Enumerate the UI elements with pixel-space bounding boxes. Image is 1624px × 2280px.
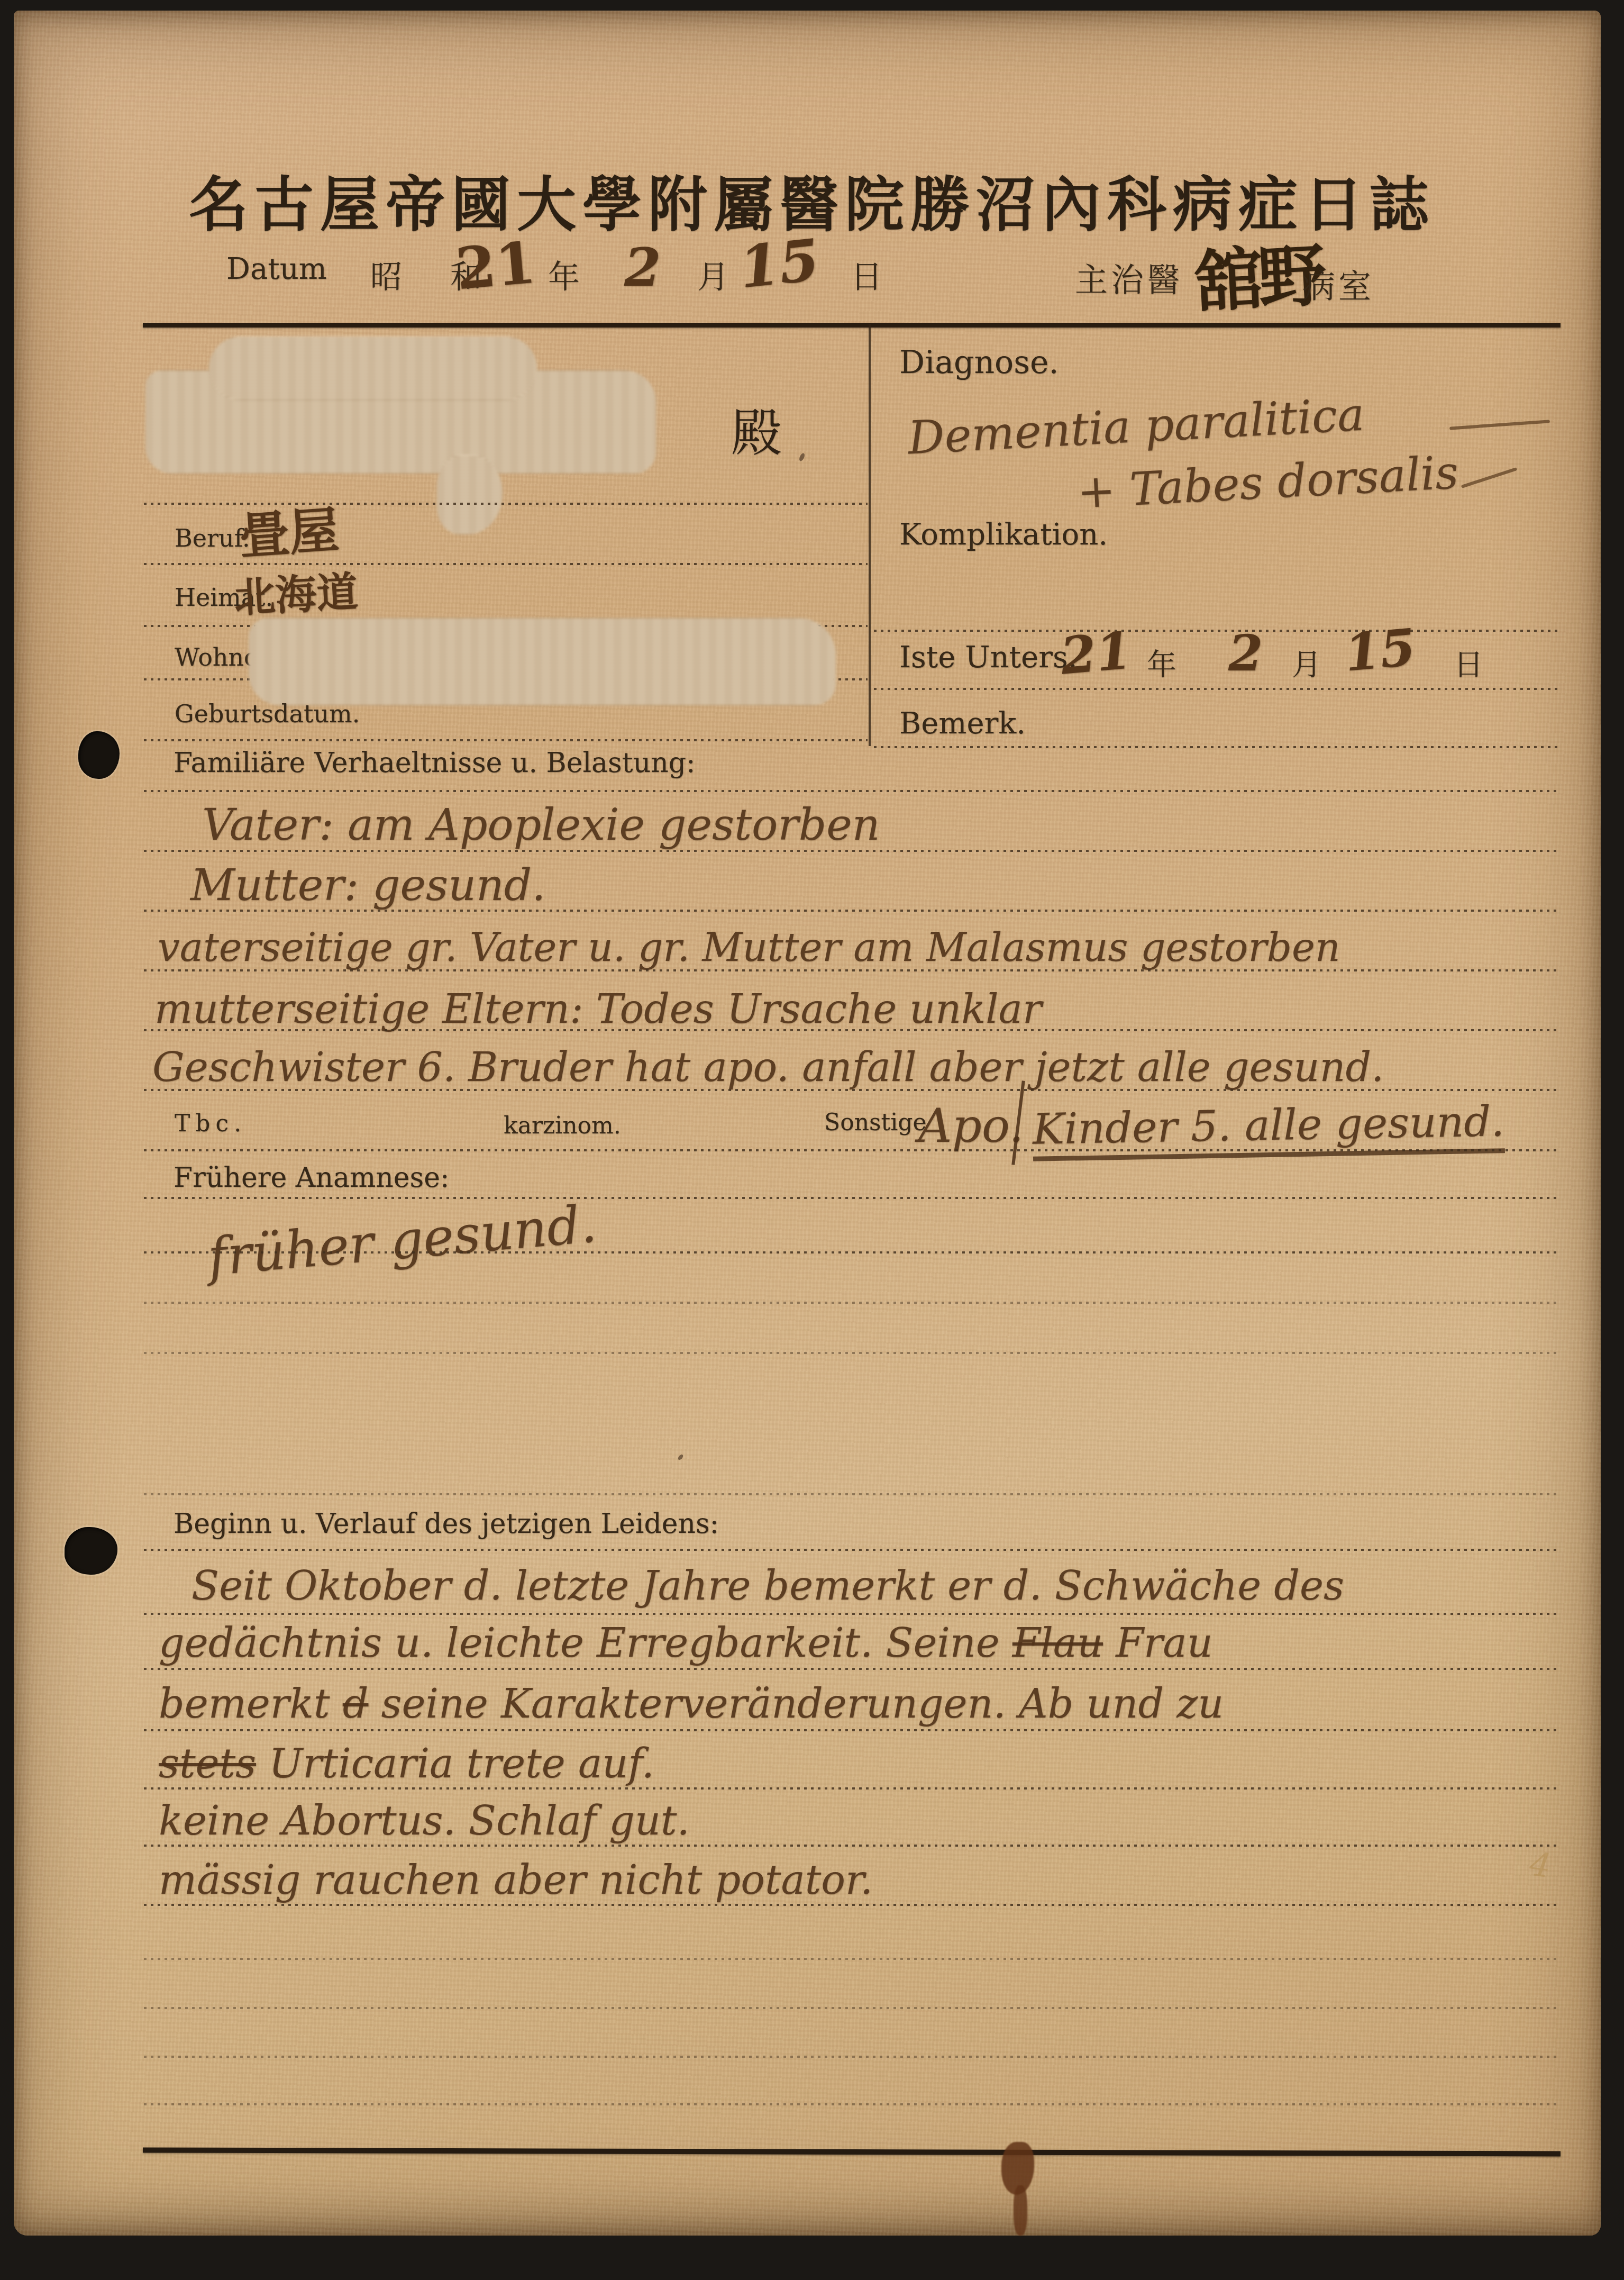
pen-flourish <box>1449 420 1550 430</box>
erste-year-unit: 年 <box>1147 641 1176 684</box>
verlauf-line3-text: bemerkt <box>159 1680 330 1727</box>
ruled-line <box>144 1352 1559 1354</box>
verlauf-line3: bemerkt d seine Karakterveränderungen. A… <box>159 1680 1224 1727</box>
redacted-name-blob <box>209 337 537 400</box>
column-divider <box>869 324 871 746</box>
content-layer: 名古屋帝國大學附屬醫院勝沼內科病症日誌 Datum 昭 和 21 年 2 月 1… <box>0 0 1624 2280</box>
attending-doctor-label: 主治醫 <box>1075 254 1183 301</box>
ruled-line <box>144 1904 1559 1906</box>
ruled-line <box>144 1845 1559 1847</box>
anamnese-section-heading: Frühere Anamnese: <box>174 1162 449 1194</box>
geburtsdatum-label: Geburtsdatum. <box>175 700 360 728</box>
margin-mark-faint: 4 <box>1527 1845 1553 1886</box>
scanned-medical-record: 名古屋帝國大學附屬醫院勝沼內科病症日誌 Datum 昭 和 21 年 2 月 1… <box>0 0 1624 2280</box>
ruled-line <box>144 1958 1559 1960</box>
ruled-line <box>144 1549 1559 1551</box>
erste-month-unit: 月 <box>1292 641 1321 684</box>
verlauf-line5: keine Abortus. Schlaf gut. <box>159 1797 690 1844</box>
ink-speck <box>798 452 806 462</box>
ruled-line <box>144 969 1559 971</box>
datum-label: Datum <box>226 252 327 286</box>
ruled-line <box>144 910 1559 912</box>
verlauf-line2-text: gedächtnis u. leichte Erregbarkeit. Sein… <box>159 1619 1000 1666</box>
kinder-note-text: Kinder 5. alle gesund. <box>1032 1096 1505 1161</box>
diagnose-label: Diagnose. <box>899 344 1059 381</box>
anamnese-note-handwritten: früher gesund. <box>205 1194 599 1288</box>
tbc-label: Tbc. <box>175 1110 247 1137</box>
ink-speck <box>677 1454 684 1461</box>
punch-hole <box>78 731 120 779</box>
diagnose-value-line1: Dementia paralitica <box>907 388 1366 465</box>
struck-word: Flau <box>1012 1619 1103 1666</box>
verlauf-line4-text: Urticaria trete auf. <box>269 1740 654 1787</box>
ruled-line <box>144 1197 1559 1199</box>
header-rule <box>143 323 1561 328</box>
redacted-name-blob <box>437 455 503 534</box>
pen-flourish <box>1461 467 1517 488</box>
erste-month-handwritten: 2 <box>1228 624 1263 683</box>
punch-hole <box>65 1527 117 1575</box>
erste-year-handwritten: 21 <box>1058 620 1134 686</box>
family-line-mutter: Mutter: gesund. <box>190 860 545 911</box>
ruled-line <box>874 630 1559 632</box>
ruled-line <box>874 688 1559 690</box>
family-line-vater: Vater: am Apoplexie gestorben <box>202 800 880 850</box>
struck-word: stets <box>159 1740 256 1787</box>
beruf-value-handwritten: 畳屋 <box>237 490 341 568</box>
year-value-handwritten: 21 <box>453 230 539 303</box>
month-unit-label: 月 <box>697 252 729 297</box>
year-unit-label: 年 <box>548 252 580 297</box>
erste-day-handwritten: 15 <box>1342 617 1418 683</box>
kinder-note-handwritten: Kinder 5. alle gesund. <box>1032 1096 1504 1154</box>
ruled-line <box>144 739 868 741</box>
ruled-line <box>874 746 1559 748</box>
ruled-line <box>144 1613 1559 1615</box>
ruled-line <box>144 850 1559 852</box>
ruled-line <box>144 1729 1559 1731</box>
ruled-line <box>144 1089 1559 1091</box>
verlauf-line2-text: Frau <box>1116 1619 1212 1666</box>
family-line-geschwister: Geschwister 6. Bruder hat apo. anfall ab… <box>152 1043 1384 1091</box>
ruled-line <box>144 2056 1559 2058</box>
ruled-line <box>144 1149 1559 1151</box>
ruled-line <box>144 2007 1559 2009</box>
family-line-vaterseits: vaterseitige gr. Vater u. gr. Mutter am … <box>158 925 1340 970</box>
ruled-line <box>144 1787 1559 1790</box>
day-unit-label: 日 <box>851 252 882 297</box>
diagnose-value-line2: + Tabes dorsalis <box>1076 446 1460 519</box>
ruled-line <box>144 1493 1559 1495</box>
verlauf-line4: stets Urticaria trete auf. <box>159 1740 654 1787</box>
ward-label: 病室 <box>1302 260 1374 307</box>
ruled-line <box>144 790 1559 792</box>
bemerk-label: Bemerk. <box>899 706 1026 741</box>
sonstige-value-handwritten: Apo. <box>918 1098 1024 1153</box>
ruled-line <box>144 1029 1559 1031</box>
month-value-handwritten: 2 <box>624 236 661 298</box>
verlauf-line1: Seit Oktober d. letzte Jahre bemerkt er … <box>191 1562 1344 1609</box>
struck-word: d <box>343 1680 369 1727</box>
redacted-wohnort-blob <box>249 618 836 705</box>
ink-stain <box>1014 2185 1027 2236</box>
verlauf-section-heading: Beginn u. Verlauf des jetzigen Leidens: <box>174 1508 719 1540</box>
verlauf-line2: gedächtnis u. leichte Erregbarkeit. Sein… <box>159 1619 1213 1666</box>
ruled-line <box>144 1251 1559 1253</box>
karzinom-label: karzinom. <box>504 1112 621 1139</box>
footer-rule <box>143 2147 1561 2156</box>
family-line-mutterseits: mutterseitige Eltern: Todes Ursache unkl… <box>154 985 1042 1032</box>
ruled-line <box>144 1668 1559 1670</box>
erste-untersuchung-label: Iste Unters. <box>899 640 1078 675</box>
heimat-value-handwritten: 北海道 <box>232 559 359 624</box>
ruled-line <box>144 2103 1559 2105</box>
verlauf-line6: mässig rauchen aber nicht potator. <box>159 1856 873 1903</box>
ruled-line <box>144 1302 1559 1304</box>
komplikation-label: Komplikation. <box>899 517 1108 552</box>
erste-day-unit: 日 <box>1454 641 1483 684</box>
verlauf-line3-text: seine Karakterveränderungen. Ab und zu <box>381 1680 1224 1727</box>
day-value-handwritten: 15 <box>736 226 823 301</box>
honorific-dono: 殿 <box>731 393 782 465</box>
family-section-heading: Familiäre Verhaeltnisse u. Belastung: <box>174 747 695 779</box>
sonstige-label: Sonstige <box>824 1109 927 1136</box>
